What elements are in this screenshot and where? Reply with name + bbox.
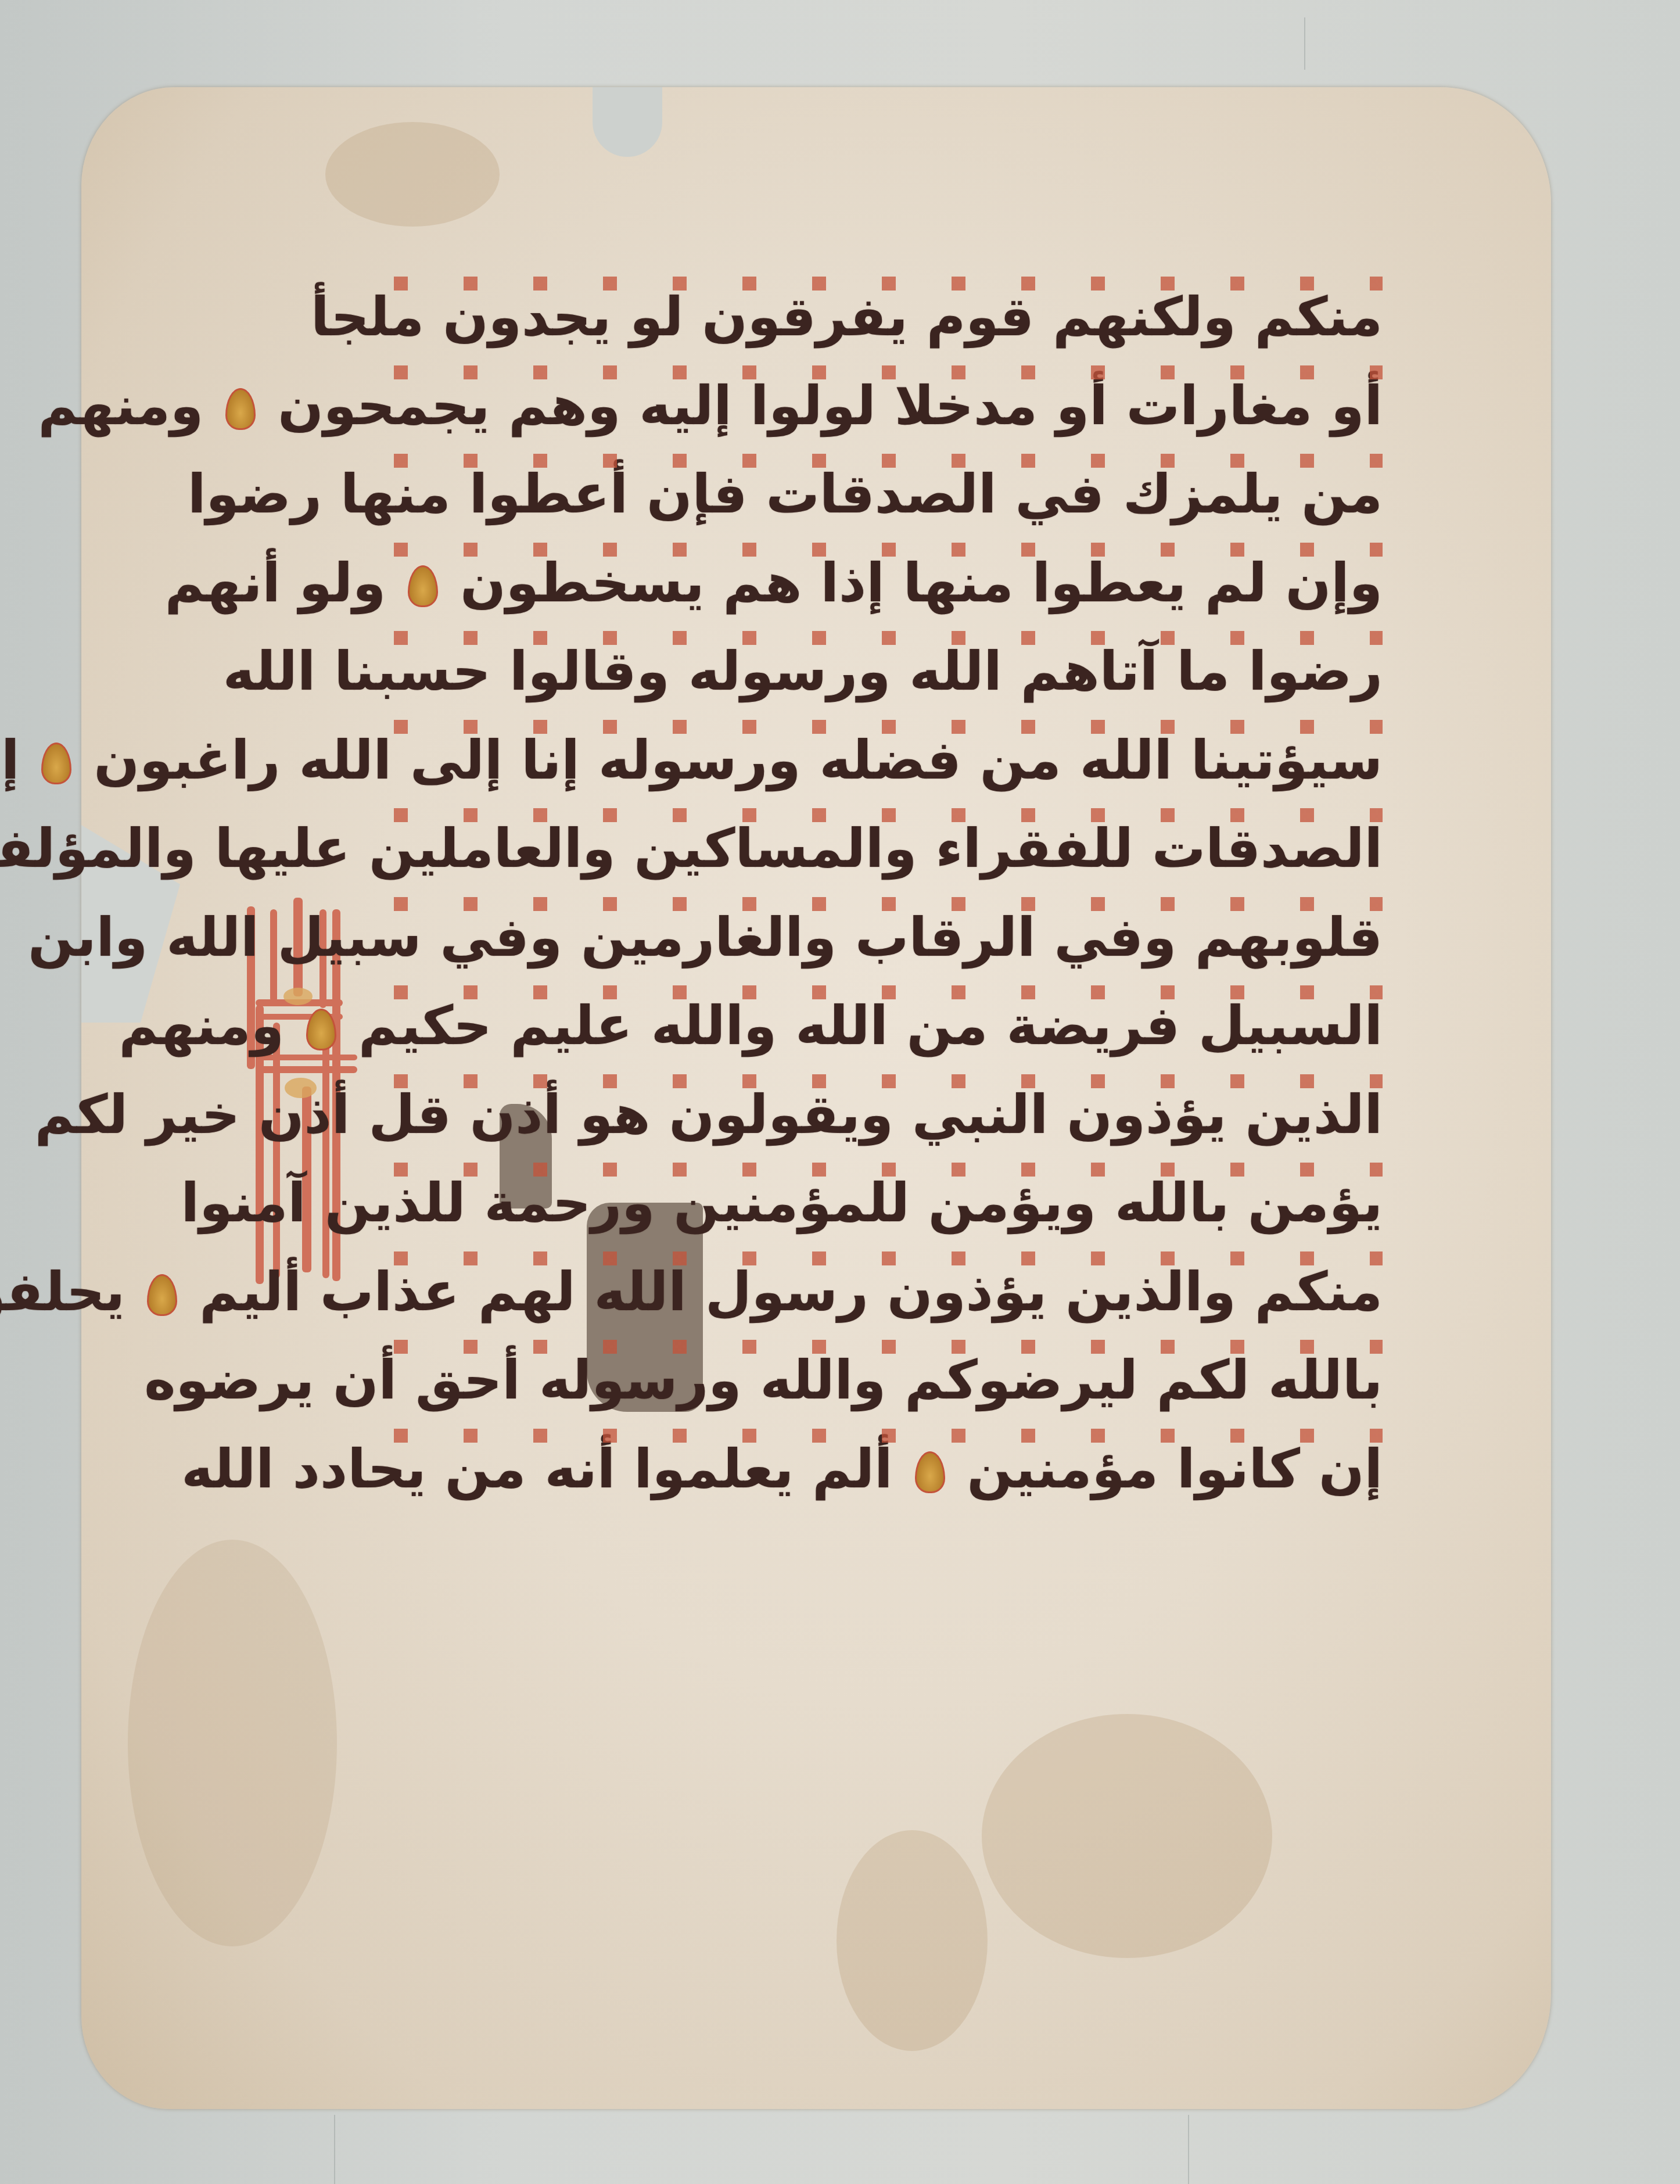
red-vocalization <box>372 720 1383 734</box>
backdrop-scratch <box>1188 2115 1189 2184</box>
stain <box>982 1714 1272 1958</box>
stain <box>837 1830 988 2051</box>
text-line: من يلمزك في الصدقات فإن أعطوا منها رضوا <box>372 450 1383 539</box>
line-text: يؤمن بالله ويؤمن للمؤمنين ورحمة للذين آم… <box>372 1177 1383 1230</box>
stain <box>325 122 500 227</box>
red-vocalization <box>372 808 1383 822</box>
verse-marker-icon <box>41 743 71 784</box>
line-text: الصدقات للفقراء والمساكين والعاملين عليه… <box>372 822 1383 876</box>
text-line: منكم ولكنهم قوم يفرقون لو يجدون ملجأ <box>372 273 1383 362</box>
red-vocalization <box>372 365 1383 379</box>
text-line: بالله لكم ليرضوكم والله ورسوله أحق أن ير… <box>372 1336 1383 1425</box>
text-line: إن كانوا مؤمنين ألم يعلموا أنه من يحادد … <box>372 1425 1383 1514</box>
line-text: سيؤتينا الله من فضله ورسوله إنا إلى الله… <box>372 734 1383 787</box>
line-text: منكم ولكنهم قوم يفرقون لو يجدون ملجأ <box>372 291 1383 344</box>
line-text: وإن لم يعطوا منها إذا هم يسخطون ولو أنهم <box>372 557 1383 610</box>
red-vocalization <box>372 1251 1383 1265</box>
line-text: الذين يؤذون النبي ويقولون هو أذن قل أذن … <box>372 1088 1383 1142</box>
text-line: وإن لم يعطوا منها إذا هم يسخطون ولو أنهم <box>372 539 1383 628</box>
red-vocalization <box>372 985 1383 999</box>
red-vocalization <box>372 631 1383 645</box>
line-text: من يلمزك في الصدقات فإن أعطوا منها رضوا <box>372 468 1383 521</box>
red-vocalization <box>372 543 1383 557</box>
verse-marker-icon <box>147 1274 177 1316</box>
backdrop-scratch <box>334 2115 335 2184</box>
text-block: منكم ولكنهم قوم يفرقون لو يجدون ملجأ أو … <box>372 273 1383 1691</box>
text-line: رضوا ما آتاهم الله ورسوله وقالوا حسبنا ا… <box>372 627 1383 716</box>
stain <box>128 1540 337 1946</box>
backdrop-scratch <box>1304 17 1305 70</box>
red-vocalization <box>372 1340 1383 1354</box>
text-line: أو مغارات أو مدخلا لولوا إليه وهم يجمحون… <box>372 362 1383 451</box>
red-vocalization <box>372 897 1383 911</box>
line-text: إن كانوا مؤمنين ألم يعلموا أنه من يحادد … <box>372 1443 1383 1496</box>
red-vocalization <box>372 1429 1383 1443</box>
verse-marker-icon <box>306 1009 336 1050</box>
leaf-notch <box>593 87 662 157</box>
text-line: الصدقات للفقراء والمساكين والعاملين عليه… <box>372 805 1383 894</box>
verse-marker-icon <box>225 388 256 430</box>
text-line: السبيل فريضة من الله والله عليم حكيم ومن… <box>372 982 1383 1071</box>
text-line: منكم والذين يؤذون رسول الله لهم عذاب ألي… <box>372 1248 1383 1337</box>
line-text: السبيل فريضة من الله والله عليم حكيم ومن… <box>372 999 1383 1053</box>
line-text: بالله لكم ليرضوكم والله ورسوله أحق أن ير… <box>372 1354 1383 1407</box>
line-text: قلوبهم وفي الرقاب والغارمين وفي سبيل الل… <box>372 911 1383 964</box>
line-text: أو مغارات أو مدخلا لولوا إليه وهم يجمحون… <box>372 379 1383 433</box>
verse-marker-icon <box>915 1451 945 1493</box>
text-line: سيؤتينا الله من فضله ورسوله إنا إلى الله… <box>372 716 1383 805</box>
verse-marker-icon <box>408 565 438 607</box>
line-text: منكم والذين يؤذون رسول الله لهم عذاب ألي… <box>372 1265 1383 1319</box>
red-vocalization <box>372 454 1383 468</box>
text-line: قلوبهم وفي الرقاب والغارمين وفي سبيل الل… <box>372 894 1383 982</box>
text-line: الذين يؤذون النبي ويقولون هو أذن قل أذن … <box>372 1071 1383 1160</box>
text-line: يؤمن بالله ويؤمن للمؤمنين ورحمة للذين آم… <box>372 1159 1383 1248</box>
line-text: رضوا ما آتاهم الله ورسوله وقالوا حسبنا ا… <box>372 645 1383 698</box>
red-vocalization <box>372 1163 1383 1177</box>
red-vocalization <box>372 1074 1383 1088</box>
red-vocalization <box>372 277 1383 291</box>
